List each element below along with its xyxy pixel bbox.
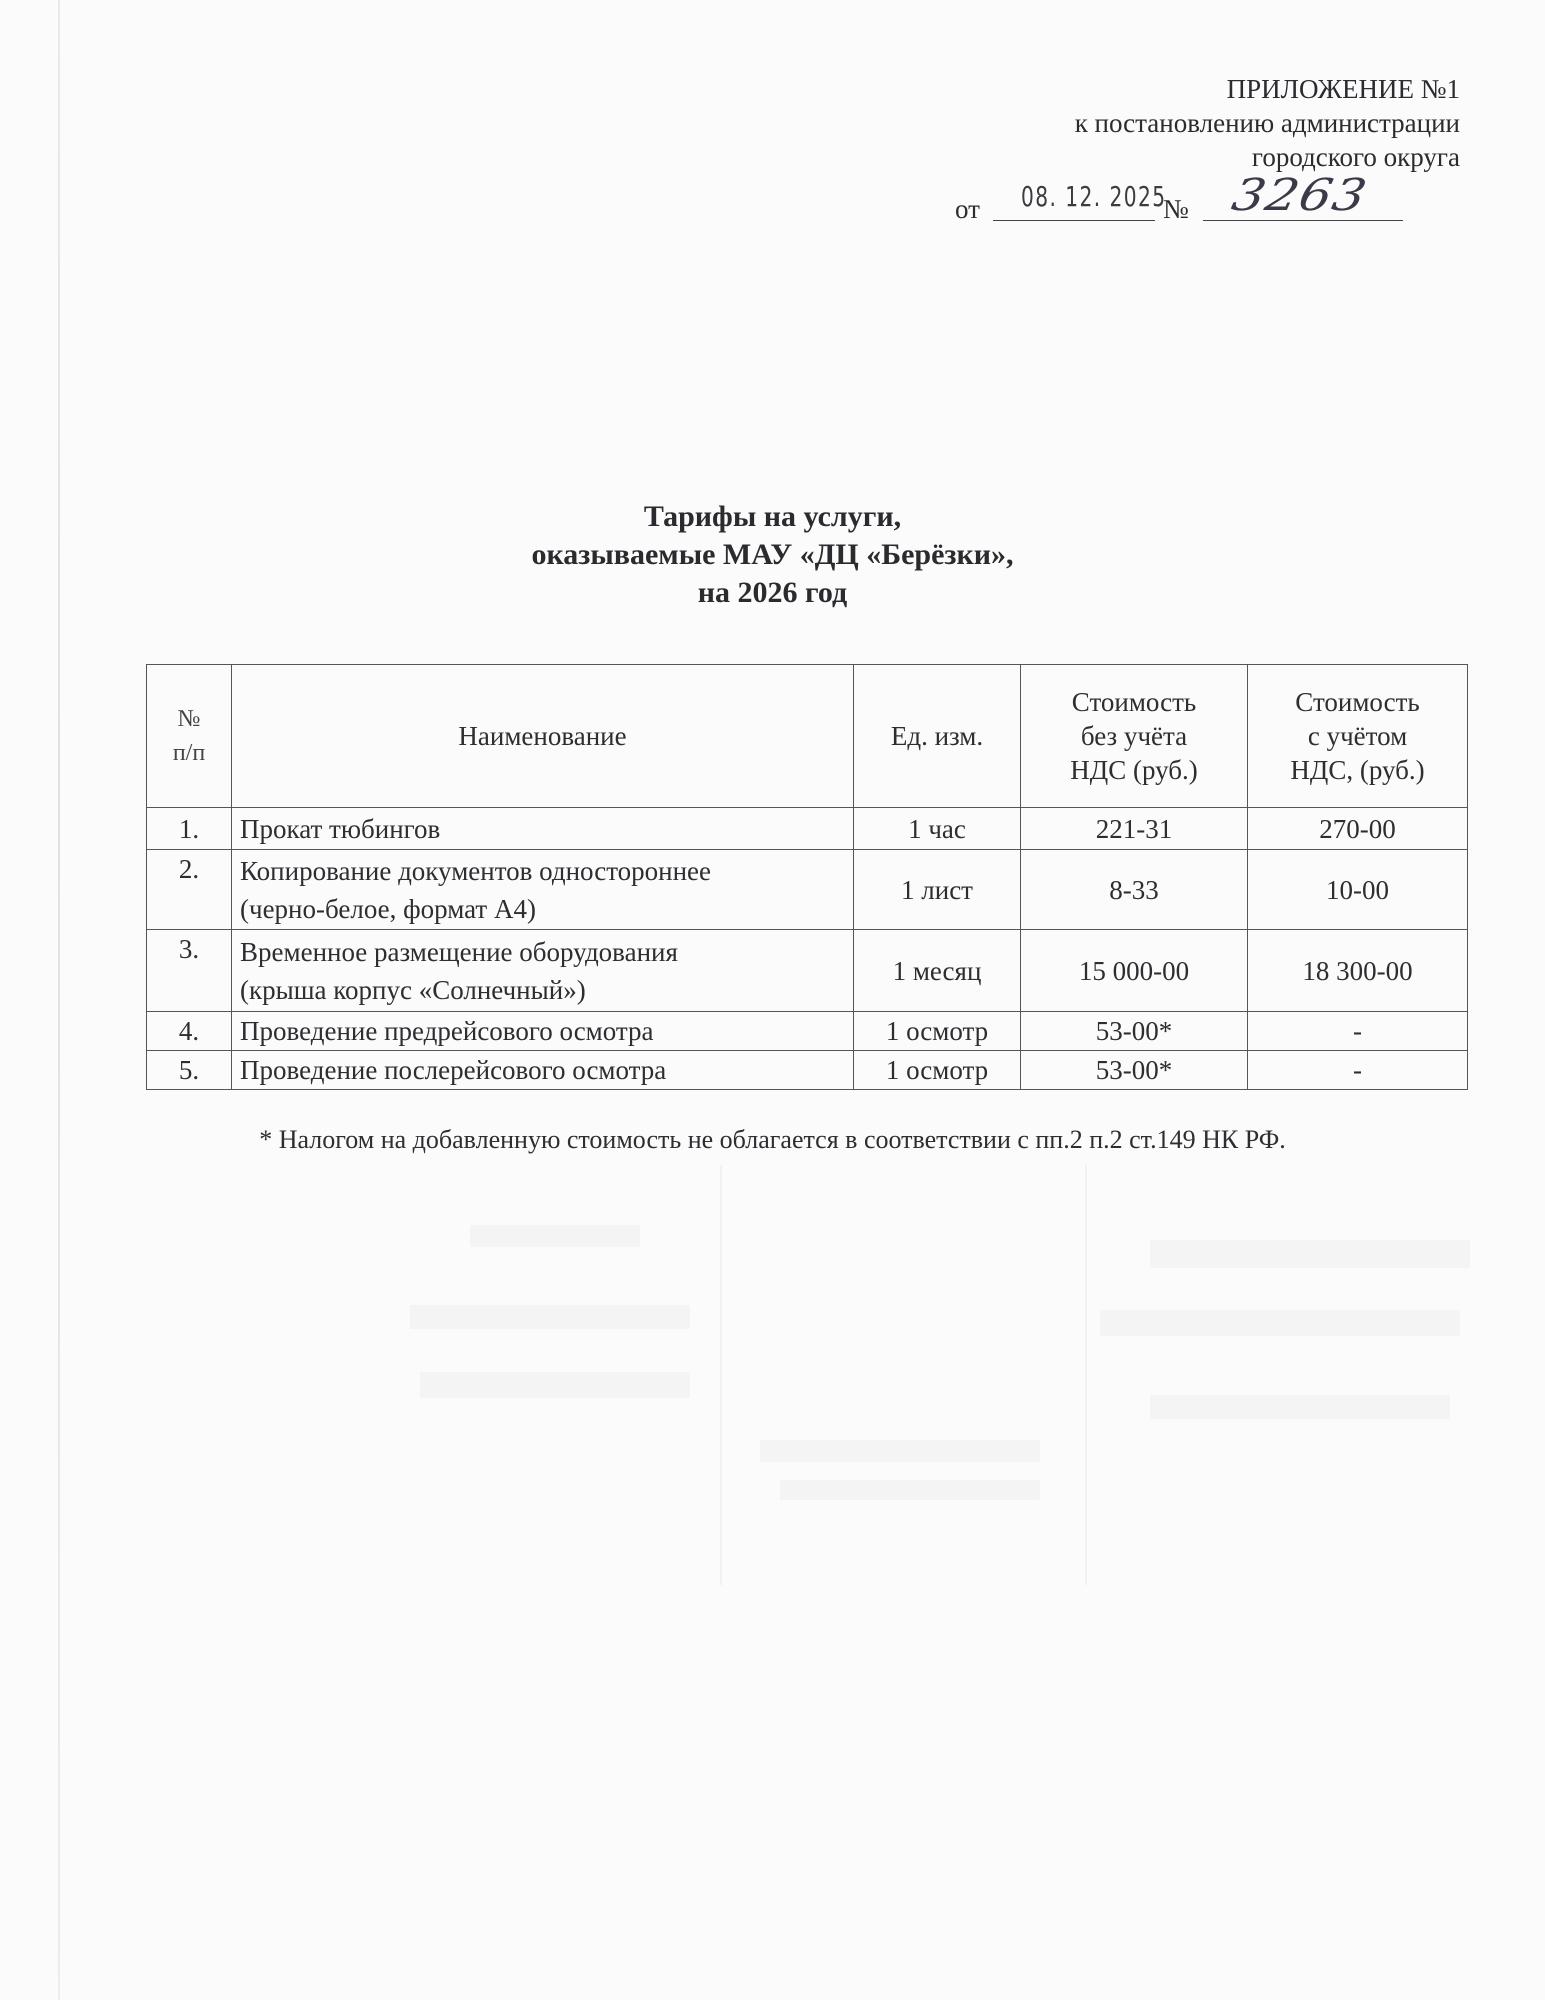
bleed-through-line: [720, 1165, 722, 1585]
unit: 1 осмотр: [854, 1051, 1021, 1090]
table-row: 2. Копирование документов одностороннее …: [147, 850, 1468, 930]
annex-reference: от 08. 12. 2025 № 3263: [955, 176, 1452, 226]
row-number: 3.: [147, 930, 232, 1012]
annex-header: ПРИЛОЖЕНИЕ №1 к постановлению администра…: [1075, 72, 1460, 174]
number-prefix: №: [1163, 194, 1189, 225]
annex-subtitle: к постановлению администрации: [1075, 106, 1460, 140]
bleed-through-smudge: [1150, 1395, 1450, 1419]
price-excl-vat: 8-33: [1021, 850, 1248, 930]
bleed-through-smudge: [420, 1372, 690, 1398]
title-line: оказываемые МАУ «ДЦ «Берёзки»,: [0, 536, 1545, 574]
price-excl-vat: 15 000-00: [1021, 930, 1248, 1012]
column-header-name: Наименование: [232, 665, 854, 808]
row-number: 5.: [147, 1051, 232, 1090]
unit: 1 час: [854, 808, 1021, 850]
bleed-through-smudge: [470, 1225, 640, 1247]
bleed-through-smudge: [780, 1480, 1040, 1500]
price-incl-vat: 270-00: [1248, 808, 1468, 850]
unit: 1 месяц: [854, 930, 1021, 1012]
table-row: 4. Проведение предрейсового осмотра 1 ос…: [147, 1012, 1468, 1051]
table-row: 1. Прокат тюбингов 1 час 221-31 270-00: [147, 808, 1468, 850]
price-incl-vat: 18 300-00: [1248, 930, 1468, 1012]
annex-title: ПРИЛОЖЕНИЕ №1: [1075, 72, 1460, 106]
price-excl-vat: 53-00*: [1021, 1012, 1248, 1051]
annex-subtitle-2: городского округа: [1075, 140, 1460, 174]
number-value: 3263: [1228, 170, 1372, 221]
tariff-table: № п/п Наименование Ед. изм. Стоимость бе…: [146, 664, 1468, 1090]
service-name: Прокат тюбингов: [232, 808, 854, 850]
service-name: Копирование документов одностороннее (че…: [232, 850, 854, 930]
table-header-row: № п/п Наименование Ед. изм. Стоимость бе…: [147, 665, 1468, 808]
document-title: Тарифы на услуги, оказываемые МАУ «ДЦ «Б…: [0, 498, 1545, 612]
price-excl-vat: 221-31: [1021, 808, 1248, 850]
row-number: 4.: [147, 1012, 232, 1051]
unit: 1 лист: [854, 850, 1021, 930]
title-line: на 2026 год: [0, 574, 1545, 612]
table-row: 3. Временное размещение оборудования (кр…: [147, 930, 1468, 1012]
service-name: Проведение предрейсового осмотра: [232, 1012, 854, 1051]
paper-edge: [58, 0, 60, 2000]
bleed-through-line: [1085, 1165, 1087, 1585]
date-value: 08. 12. 2025: [1021, 180, 1167, 213]
title-line: Тарифы на услуги,: [0, 498, 1545, 536]
service-name: Временное размещение оборудования (крыша…: [232, 930, 854, 1012]
number-field: 3263: [1203, 176, 1403, 221]
column-header-unit: Ед. изм.: [854, 665, 1021, 808]
table-row: 5. Проведение послерейсового осмотра 1 о…: [147, 1051, 1468, 1090]
date-field: 08. 12. 2025: [993, 176, 1155, 221]
column-header-number: № п/п: [147, 665, 232, 808]
service-name: Проведение послерейсового осмотра: [232, 1051, 854, 1090]
row-number: 2.: [147, 850, 232, 930]
bleed-through-smudge: [760, 1440, 1040, 1462]
price-incl-vat: -: [1248, 1012, 1468, 1051]
bleed-through-smudge: [1100, 1310, 1460, 1336]
price-excl-vat: 53-00*: [1021, 1051, 1248, 1090]
date-prefix: от: [955, 194, 980, 225]
price-incl-vat: -: [1248, 1051, 1468, 1090]
column-header-price-incl-vat: Стоимость с учётом НДС, (руб.): [1248, 665, 1468, 808]
unit: 1 осмотр: [854, 1012, 1021, 1051]
row-number: 1.: [147, 808, 232, 850]
price-incl-vat: 10-00: [1248, 850, 1468, 930]
footnote: * Налогом на добавленную стоимость не об…: [0, 1125, 1545, 1155]
bleed-through-smudge: [410, 1305, 690, 1329]
bleed-through-smudge: [1150, 1240, 1470, 1268]
column-header-price-excl-vat: Стоимость без учёта НДС (руб.): [1021, 665, 1248, 808]
